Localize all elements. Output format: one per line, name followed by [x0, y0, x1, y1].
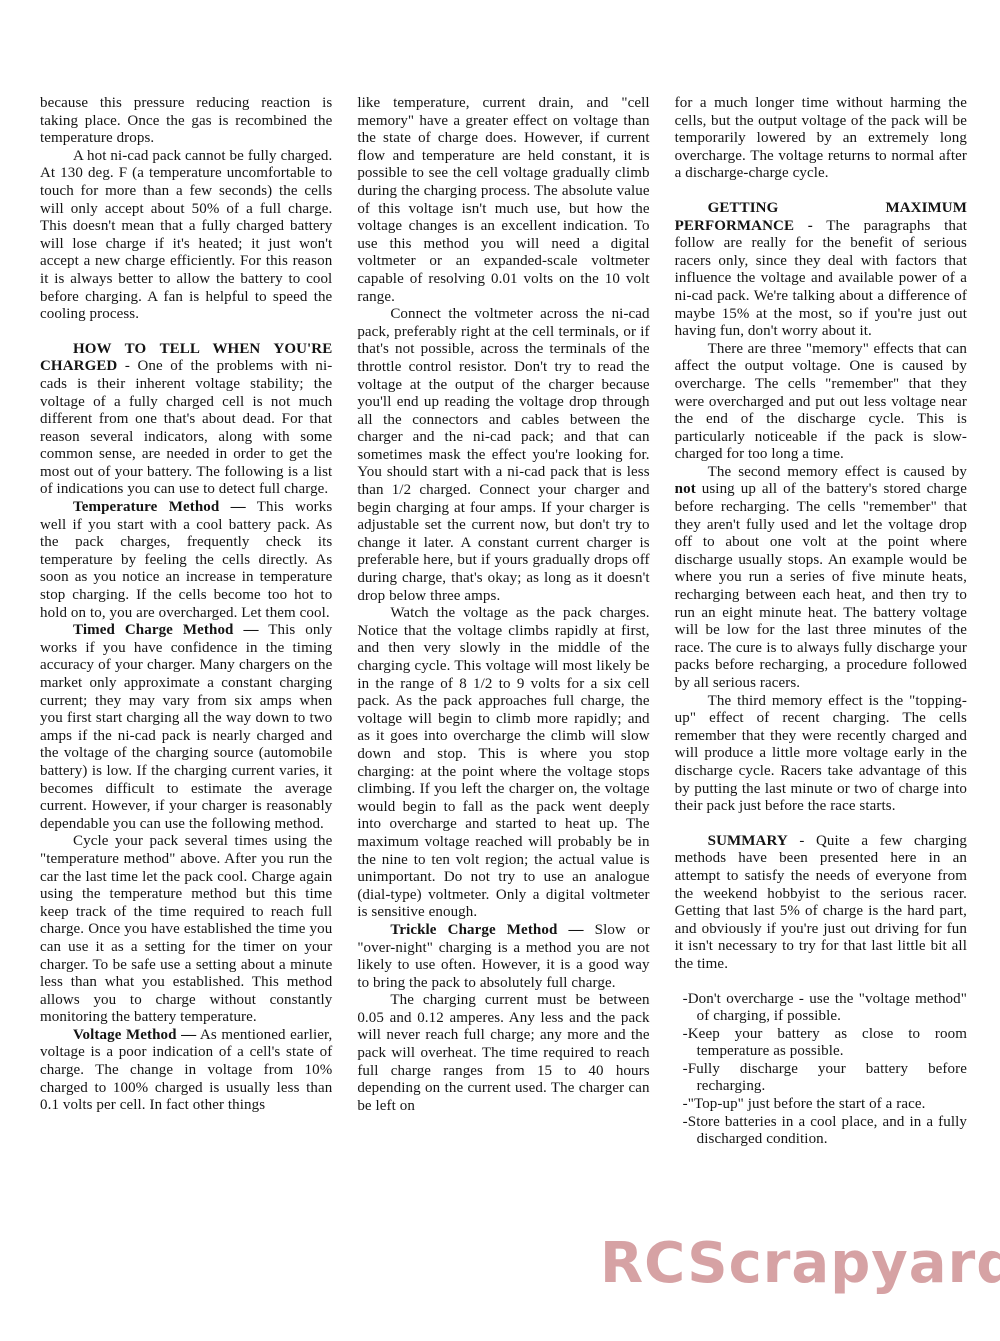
body-text: for a much longer time without harming t…	[675, 95, 967, 181]
body-text: This only works if you have confidence i…	[40, 622, 332, 832]
bold-text: Voltage Method —	[73, 1027, 196, 1043]
bold-text: Temperature Method —	[73, 499, 246, 515]
paragraph: Timed Charge Method — This only works if…	[40, 622, 332, 833]
paragraph: Watch the voltage as the pack charges. N…	[357, 605, 649, 922]
body-text: - Quite a few charging methods have been…	[675, 833, 967, 972]
paragraph: The third memory effect is the "topping-…	[675, 693, 967, 816]
paragraph: Trickle Charge Method — Slow or "over-ni…	[357, 922, 649, 992]
body-text: using up all of the battery's stored cha…	[675, 481, 967, 691]
body-text: The paragraphs that follow are really fo…	[675, 218, 967, 340]
body-text: The second memory effect is caused by	[708, 464, 967, 480]
body-text: -Store batteries in a cool place, and in…	[683, 1114, 967, 1148]
bold-text: not	[675, 481, 696, 497]
body-text: A hot ni-cad pack cannot be fully charge…	[40, 148, 332, 322]
bullet-item: -Fully discharge your battery before rec…	[675, 1061, 967, 1096]
paragraph: GETTING MAXIMUM PERFORMANCE - The paragr…	[675, 200, 967, 341]
paragraph: The charging current must be between 0.0…	[357, 992, 649, 1115]
paragraph: Connect the voltmeter across the ni-cad …	[357, 306, 649, 605]
paragraph: SUMMARY - Quite a few charging methods h…	[675, 833, 967, 974]
text-column: for a much longer time without harming t…	[675, 95, 967, 1149]
paragraph: HOW TO TELL WHEN YOU'RE CHARGED - One of…	[40, 341, 332, 499]
body-text: -Don't overcharge - use the "voltage met…	[683, 991, 967, 1025]
bold-text: Trickle Charge Method —	[390, 922, 583, 938]
body-text: because this pressure reducing reaction …	[40, 95, 332, 146]
bold-text: SUMMARY	[708, 833, 788, 849]
paragraph: A hot ni-cad pack cannot be fully charge…	[40, 148, 332, 324]
watermark: RCScrapyard.net	[600, 1231, 1000, 1296]
bullet-item: -Keep your battery as close to room temp…	[675, 1026, 967, 1061]
bullet-item: -"Top-up" just before the start of a rac…	[675, 1096, 967, 1114]
magazine-page: because this pressure reducing reaction …	[0, 0, 1000, 1341]
paragraph: The second memory effect is caused by no…	[675, 464, 967, 693]
body-text: like temperature, current drain, and "ce…	[357, 95, 649, 305]
body-text: -Keep your battery as close to room temp…	[683, 1026, 967, 1060]
body-text: The charging current must be between 0.0…	[357, 992, 649, 1114]
body-text: The third memory effect is the "topping-…	[675, 693, 967, 815]
body-text: There are three "memory" effects that ca…	[675, 341, 967, 463]
paragraph: for a much longer time without harming t…	[675, 95, 967, 183]
text-column: because this pressure reducing reaction …	[40, 95, 332, 1149]
text-column: like temperature, current drain, and "ce…	[357, 95, 649, 1149]
body-text: Cycle your pack several times using the …	[40, 833, 332, 1025]
body-text: Connect the voltmeter across the ni-cad …	[357, 306, 649, 604]
body-text: -"Top-up" just before the start of a rac…	[683, 1096, 926, 1112]
body-text: - One of the problems with ni-cads is th…	[40, 358, 332, 497]
bullet-item: -Store batteries in a cool place, and in…	[675, 1114, 967, 1149]
paragraph: There are three "memory" effects that ca…	[675, 341, 967, 464]
paragraph: because this pressure reducing reaction …	[40, 95, 332, 148]
body-text: This works well if you start with a cool…	[40, 499, 332, 621]
paragraph: Temperature Method — This works well if …	[40, 499, 332, 622]
bullet-item: -Don't overcharge - use the "voltage met…	[675, 991, 967, 1026]
paragraph: like temperature, current drain, and "ce…	[357, 95, 649, 306]
paragraph: Cycle your pack several times using the …	[40, 833, 332, 1027]
body-text: Watch the voltage as the pack charges. N…	[357, 605, 649, 920]
paragraph: Voltage Method — As mentioned earlier, v…	[40, 1027, 332, 1115]
body-text: -Fully discharge your battery before rec…	[683, 1061, 967, 1095]
article-columns: because this pressure reducing reaction …	[40, 95, 967, 1149]
bold-text: Timed Charge Method —	[73, 622, 259, 638]
